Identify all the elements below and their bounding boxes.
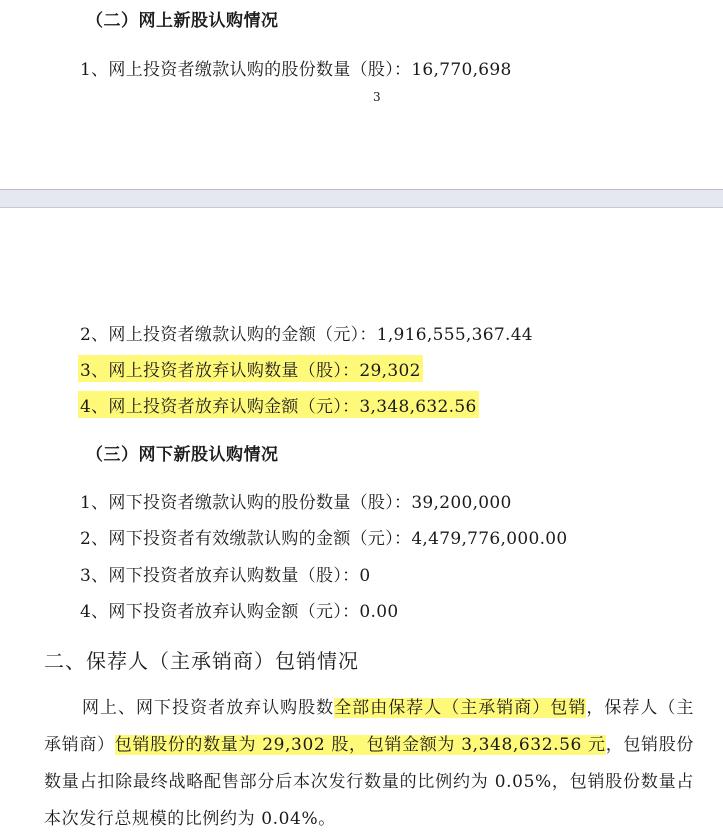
offline-item-2: 2、网下投资者有效缴款认购的金额（元）：4,479,776,000.00	[80, 524, 568, 549]
page-separator	[0, 189, 723, 208]
online-item-4-highlighted: 4、网上投资者放弃认购金额（元）：3,348,632.56	[78, 391, 479, 418]
underwriting-paragraph: 网上、网下投资者放弃认购股数全部由保荐人（主承销商）包销，保荐人（主承销商）包销…	[44, 690, 694, 834]
section-heading-online-subscription: （二）网上新股认购情况	[86, 6, 279, 31]
online-item-2: 2、网上投资者缴款认购的金额（元）：1,916,555,367.44	[80, 320, 533, 345]
online-item-3-highlighted: 3、网上投资者放弃认购数量（股）：29,302	[78, 355, 423, 382]
offline-item-3: 3、网下投资者放弃认购数量（股）：0	[80, 561, 371, 586]
offline-item-1: 1、网下投资者缴款认购的股份数量（股）：39,200,000	[80, 488, 512, 513]
paragraph-highlight-1: 全部由保荐人（主承销商）包销	[334, 698, 586, 718]
heading-underwriting: 二、保荐人（主承销商）包销情况	[44, 645, 359, 674]
section-heading-offline-subscription: （三）网下新股认购情况	[86, 440, 279, 465]
online-item-1: 1、网上投资者缴款认购的股份数量（股）：16,770,698	[80, 55, 512, 80]
paragraph-text: 网上、网下投资者放弃认购股数	[82, 698, 334, 718]
offline-item-4: 4、网下投资者放弃认购金额（元）：0.00	[80, 597, 398, 622]
page-number: 3	[373, 90, 381, 104]
paragraph-highlight-2: 包销股份的数量为 29,302 股，包销金额为 3,348,632.56 元	[115, 735, 606, 755]
